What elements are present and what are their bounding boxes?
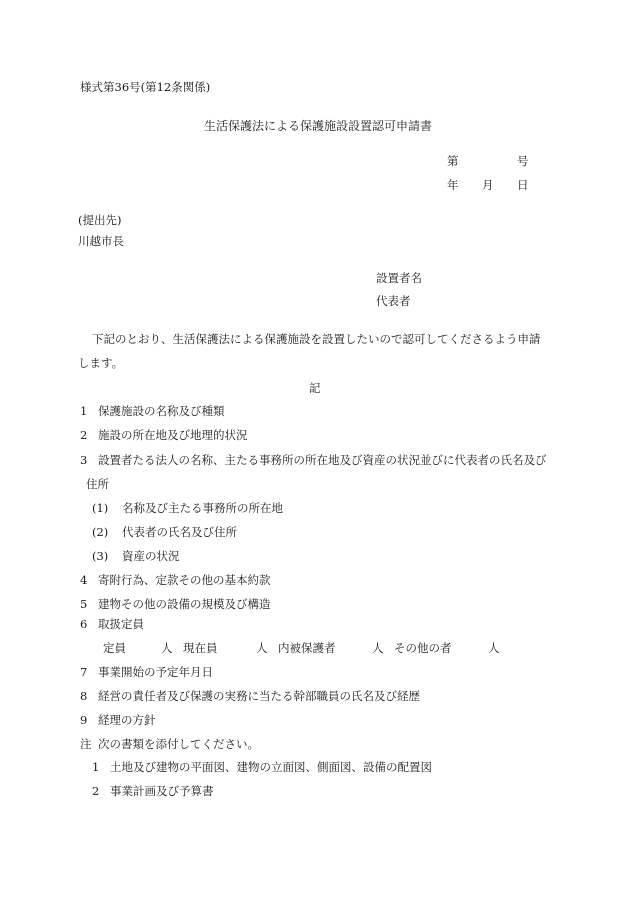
page-title: 生活保護法による保護施設設置認可申請書 <box>204 120 432 132</box>
applicant-name-label: 設置者名 <box>376 273 422 285</box>
doc-number-prefix: 第 <box>447 156 459 168</box>
subitem-2: (2)代表者の氏名及び住所 <box>92 527 237 539</box>
note-item-1: 1土地及び建物の平面図、建物の立面図、側面図、設備の配置図 <box>92 762 432 774</box>
item-6: 6取扱定員 <box>80 619 144 631</box>
capacity-genzai-unit: 人 <box>256 643 268 655</box>
item-3-continuation: 住所 <box>86 479 109 491</box>
ki-heading: 記 <box>309 383 321 395</box>
capacity-hihogo-label: 内被保護者 <box>278 643 336 655</box>
form-number: 様式第36号(第12条関係) <box>80 82 210 94</box>
capacity-hihogo-unit: 人 <box>372 643 384 655</box>
recipient-name: 川越市長 <box>78 236 124 248</box>
representative-label: 代表者 <box>376 296 411 308</box>
capacity-genzai-label: 現在員 <box>183 643 218 655</box>
note: 注次の書類を添付してください。 <box>80 739 259 751</box>
item-8: 8経営の責任者及び保護の実務に当たる幹部職員の氏名及び経歴 <box>80 691 420 703</box>
item-2: 2施設の所在地及び地理的状況 <box>80 430 248 442</box>
capacity-teiin-label: 定員 <box>103 643 126 655</box>
date-day: 日 <box>517 180 529 192</box>
body-line-2: します。 <box>78 358 123 370</box>
subitem-1: (1)名称及び主たる事務所の所在地 <box>92 503 283 515</box>
capacity-teiin-unit: 人 <box>161 643 173 655</box>
capacity-sonota-unit: 人 <box>488 643 500 655</box>
note-item-2: 2事業計画及び予算書 <box>92 786 214 798</box>
subitem-3: (3)資産の状況 <box>92 551 180 563</box>
capacity-sonota-label: その他の者 <box>394 643 452 655</box>
recipient-label: (提出先) <box>78 215 121 227</box>
item-9: 9経理の方針 <box>80 715 156 727</box>
item-4: 4寄附行為、定款その他の基本約款 <box>80 575 271 587</box>
body-line-1: 下記のとおり、生活保護法による保護施設を設置したいので認可してくださるよう申請 <box>92 334 541 346</box>
doc-number-suffix: 号 <box>517 156 529 168</box>
item-3: 3設置者たる法人の名称、主たる事務所の所在地及び資産の状況並びに代表者の氏名及び <box>80 455 547 467</box>
date-month: 月 <box>482 180 494 192</box>
date-year: 年 <box>447 180 459 192</box>
item-1: 1保護施設の名称及び種類 <box>80 406 225 418</box>
item-5: 5建物その他の設備の規模及び構造 <box>80 599 271 611</box>
item-7: 7事業開始の予定年月日 <box>80 667 213 679</box>
